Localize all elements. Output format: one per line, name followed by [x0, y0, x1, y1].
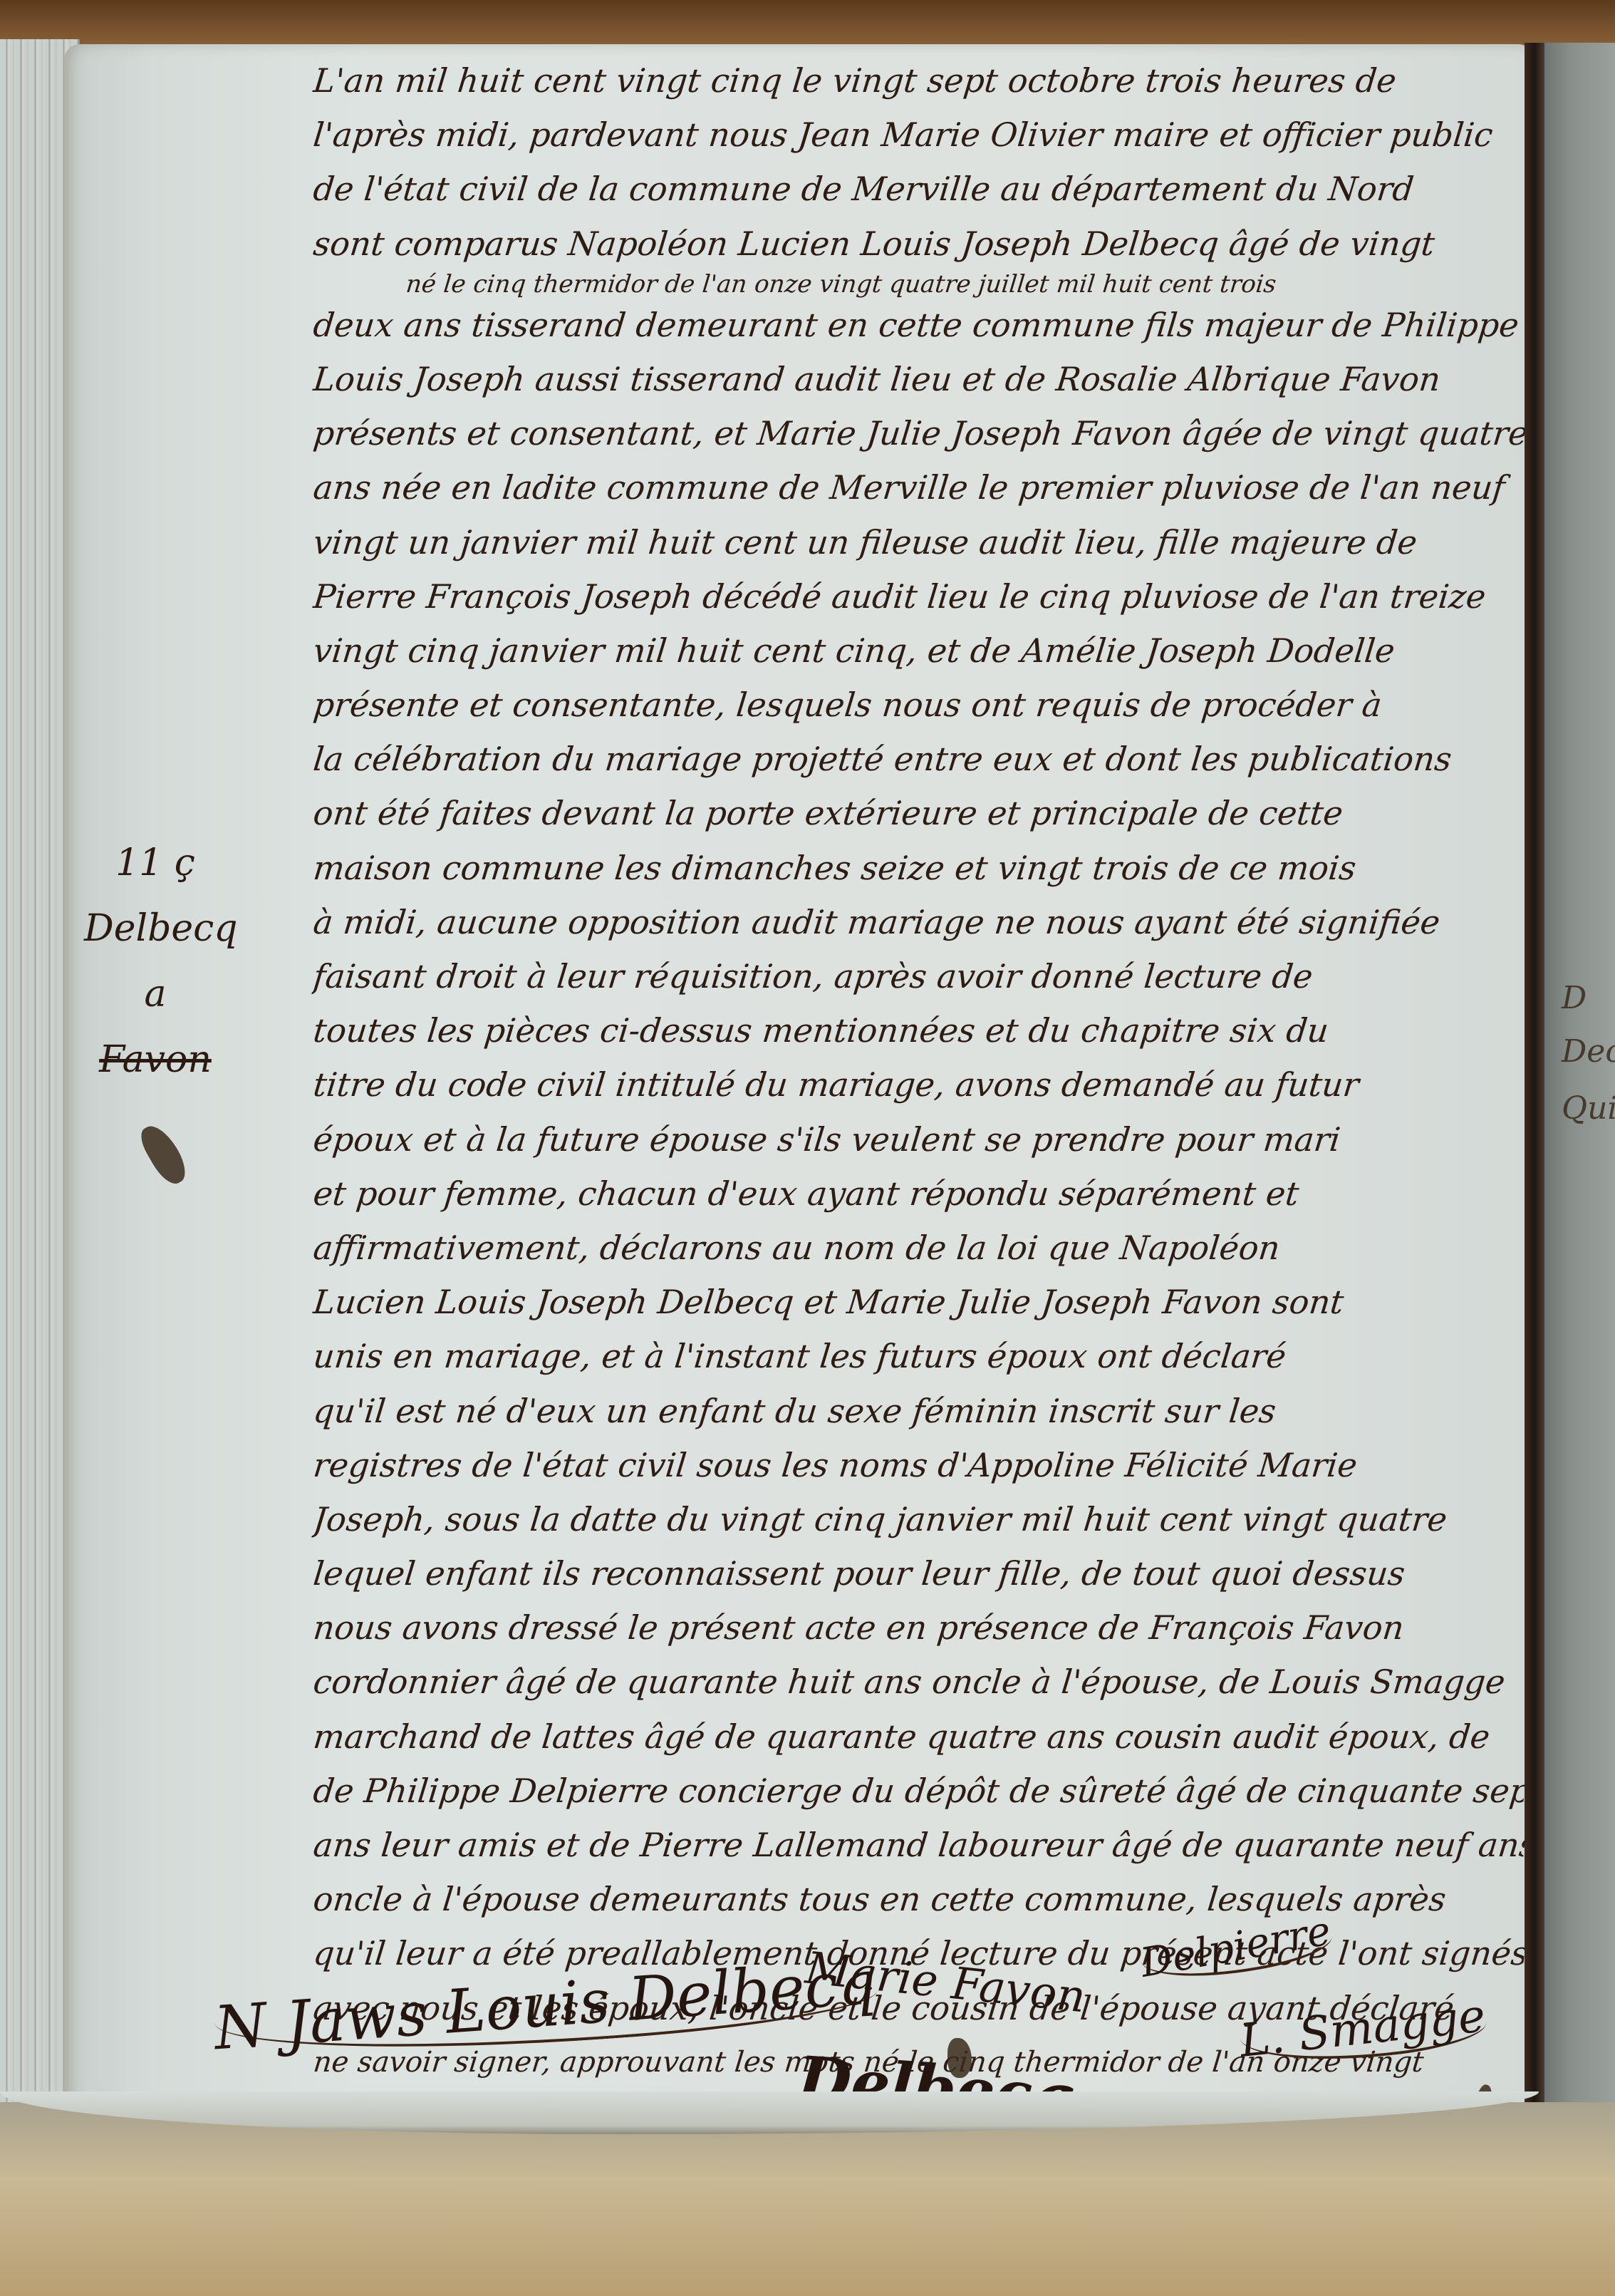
body-line: Louis Joseph aussi tisserand audit lieu …: [311, 352, 1527, 406]
body-line: cordonnier âgé de quarante huit ans oncl…: [311, 1655, 1527, 1709]
adjacent-fragment: Dec: [1562, 1033, 1615, 1070]
body-line: et pour femme, chacun d'eux ayant répond…: [311, 1167, 1527, 1221]
desk-background: [0, 0, 1615, 50]
body-line: deux ans tisserand demeurant en cette co…: [311, 298, 1527, 352]
margin-groom-surname: Delbecq: [84, 896, 227, 961]
body-line: vingt cinq janvier mil huit cent cinq, e…: [311, 624, 1527, 678]
body-line: toutes les pièces ci-dessus mentionnées …: [311, 1003, 1527, 1057]
margin-conjunction: a: [84, 961, 227, 1027]
body-line: qu'il est né d'eux un enfant du sexe fém…: [311, 1384, 1527, 1438]
body-line: faisant droit à leur réquisition, après …: [311, 949, 1527, 1003]
book-gutter: [1525, 43, 1544, 2245]
body-line: lequel enfant ils reconnaissent pour leu…: [311, 1546, 1527, 1601]
body-line: unis en mariage, et à l'instant les futu…: [311, 1329, 1527, 1383]
body-line: ont été faites devant la porte extérieur…: [311, 786, 1527, 840]
body-line: ans née en ladite commune de Merville le…: [311, 460, 1527, 514]
interlinear-insertion: né le cinq thermidor de l'an onze vingt …: [312, 271, 1526, 298]
body-line: présents et consentant, et Marie Julie J…: [311, 406, 1527, 460]
body-line: oncle à l'épouse demeurants tous en cett…: [311, 1872, 1527, 1926]
body-line: nous avons dressé le présent acte en pré…: [311, 1601, 1527, 1655]
margin-bride-surname: Favon: [84, 1027, 227, 1092]
body-line: Joseph, sous la datte du vingt cinq janv…: [311, 1492, 1527, 1546]
body-line: marchand de lattes âgé de quarante quatr…: [311, 1710, 1527, 1764]
body-line: de l'état civil de la commune de Mervill…: [311, 162, 1527, 216]
adjacent-fragment: Qui: [1562, 1090, 1615, 1127]
body-line: vingt un janvier mil huit cent un fileus…: [311, 515, 1527, 569]
body-line: L'an mil huit cent vingt cinq le vingt s…: [311, 53, 1527, 108]
adjacent-fragment: D: [1562, 980, 1587, 1016]
body-line: ans leur amis et de Pierre Lallemand lab…: [311, 1818, 1527, 1872]
body-line: maison commune les dimanches seize et vi…: [311, 841, 1527, 895]
margin-note: 11 ç Delbecq a Favon: [84, 830, 227, 1092]
record-body: L'an mil huit cent vingt cinq le vingt s…: [313, 53, 1525, 2144]
body-line: de Philippe Delpierre concierge du dépôt…: [311, 1764, 1527, 1818]
adjacent-page: D Dec Qui: [1544, 43, 1615, 2252]
body-line: époux et à la future épouse s'ils veulen…: [311, 1112, 1527, 1167]
body-line: la célébration du mariage projetté entre…: [311, 732, 1527, 786]
body-line: Pierre François Joseph décédé audit lieu…: [311, 569, 1527, 624]
body-line: présente et consentante, lesquels nous o…: [311, 678, 1527, 732]
body-line: titre du code civil intitulé du mariage,…: [311, 1057, 1527, 1112]
body-line: sont comparus Napoléon Lucien Louis Jose…: [311, 217, 1527, 271]
body-line: Lucien Louis Joseph Delbecq et Marie Jul…: [311, 1275, 1527, 1329]
body-line: registres de l'état civil sous les noms …: [311, 1438, 1527, 1492]
entry-number: 11 ç: [84, 830, 227, 896]
body-line: l'après midi, pardevant nous Jean Marie …: [311, 108, 1527, 162]
body-line: affirmativement, déclarons au nom de la …: [311, 1221, 1527, 1275]
body-line: à midi, aucune opposition audit mariage …: [311, 895, 1527, 949]
